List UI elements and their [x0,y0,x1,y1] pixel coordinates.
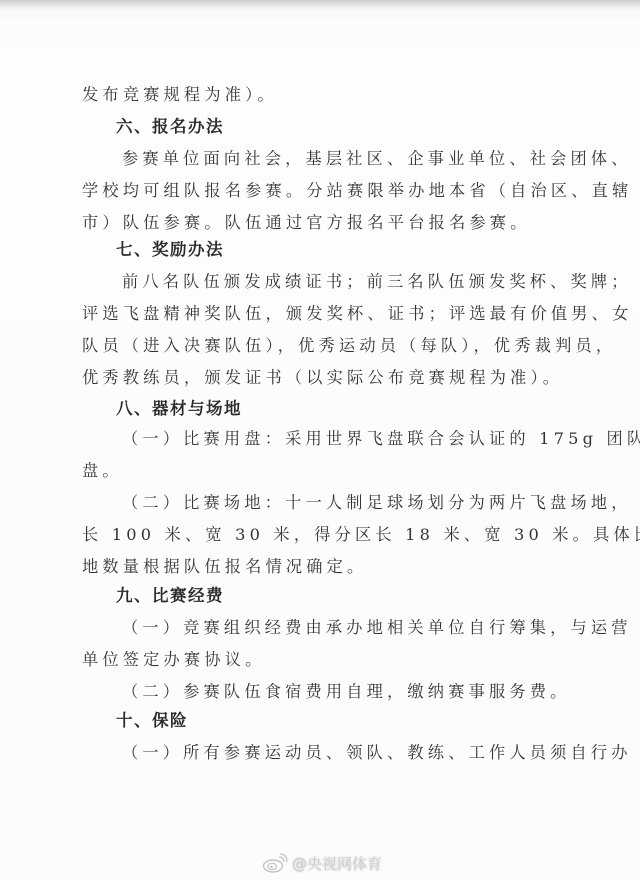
page-edge-shadow [0,0,640,10]
paragraph-line: 参赛单位面向社会，基层社区、企事业单位、社会团体、 [122,148,632,170]
watermark: @央视网体育 [262,852,382,874]
paragraph-line: 长 100 米、宽 30 米，得分区长 18 米、宽 30 米。具体比赛场 [82,524,640,546]
document-page: 发布竞赛规程为准）。六、报名办法参赛单位面向社会，基层社区、企事业单位、社会团体… [0,0,640,880]
paragraph-line: （二）参赛队伍食宿费用自理，缴纳赛事服务费。 [122,681,571,703]
section-heading: 十、保险 [116,710,188,732]
paragraph-line: 学校均可组队报名参赛。分站赛限举办地本省（自治区、直辖 [82,180,632,202]
section-heading: 九、比赛经费 [116,585,224,607]
paragraph-line: 地数量根据队伍报名情况确定。 [82,556,367,578]
paragraph-line: （一）所有参赛运动员、领队、教练、工作人员须自行办 [122,742,632,764]
paragraph-line: 优秀教练员，颁发证书（以实际公布竞赛规程为准）。 [82,367,563,389]
paragraph-line: 盘。 [82,460,123,482]
paragraph-line: 市）队伍参赛。队伍通过官方报名平台报名参赛。 [82,212,531,234]
paragraph-line: （一）比赛用盘：采用世界飞盘联合会认证的 175g 团队飞 [122,428,640,450]
paragraph-line: 前八名队伍颁发成绩证书；前三名队伍颁发奖杯、奖牌； [122,271,632,293]
paragraph-line: 单位签定办赛协议。 [82,649,266,671]
section-heading: 八、器材与场地 [116,398,242,420]
paragraph-line: （一）竞赛组织经费由承办地相关单位自行筹集，与运营 [122,617,632,639]
paragraph-line: 评选飞盘精神奖队伍，颁发奖杯、证书；评选最有价值男、女 [82,303,632,325]
section-heading: 七、奖励办法 [116,239,224,261]
watermark-text: @央视网体育 [292,853,382,874]
section-heading: 六、报名办法 [116,116,224,138]
paragraph-line: （二）比赛场地：十一人制足球场划分为两片飞盘场地， [122,492,632,514]
paragraph-line: 发布竞赛规程为准）。 [82,84,278,106]
paragraph-line: 队员（进入决赛队伍），优秀运动员（每队），优秀裁判员， [82,335,616,357]
weibo-icon [262,853,288,873]
